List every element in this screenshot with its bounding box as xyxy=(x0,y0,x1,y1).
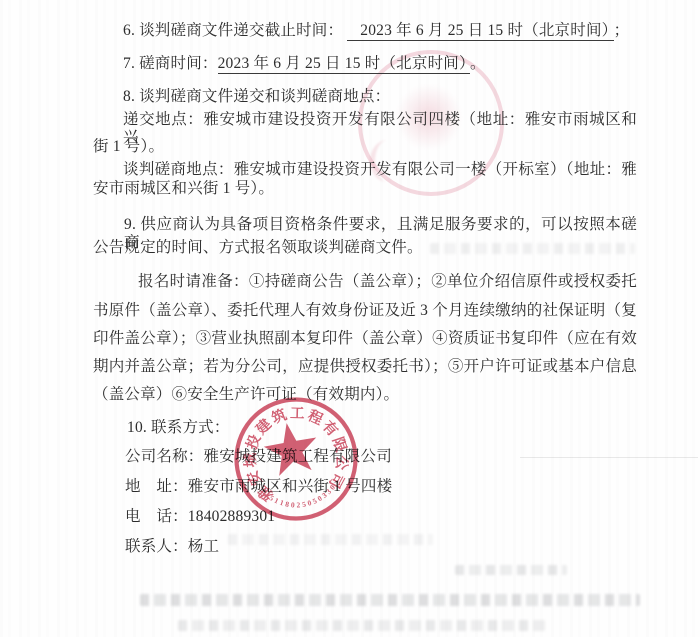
bleedthrough-artifact xyxy=(228,534,433,545)
svg-text:公: 公 xyxy=(332,455,350,471)
svg-text:城: 城 xyxy=(241,452,259,467)
svg-text:限: 限 xyxy=(329,435,351,455)
negotiation-location-line1: 谈判磋商地点：雅安城市建设投资开发有限公司一楼（开标室）（地址：雅 xyxy=(123,161,637,179)
submit-location-line2: 街 1 号）。 xyxy=(93,138,164,156)
svg-text:2: 2 xyxy=(296,500,300,509)
svg-text:工: 工 xyxy=(290,406,305,422)
deadline-date-underlined: 2023 年 6 月 25 日 15 时（北京时间） xyxy=(347,22,613,41)
supplier-clause-line2: 公告规定的时间、方式报名领取谈判磋商文件。 xyxy=(93,239,423,257)
negotiation-time-suffix: 。 xyxy=(470,55,486,72)
submit-location-line1: 递交地点：雅安城市建设投资开发有限公司四楼（地址：雅安市雨城区和兴 xyxy=(123,111,637,147)
seal-rotated-group: 雅安城投建筑工程有限公司 5118025050330 xyxy=(227,390,365,528)
negotiation-time-item: 7. 磋商时间：2023 年 6 月 25 日 15 时（北京时间）。 xyxy=(123,55,486,73)
svg-text:0: 0 xyxy=(291,500,296,509)
deadline-suffix: ； xyxy=(614,22,630,39)
negotiation-time-date-underlined: 2023 年 6 月 25 日 15 时（北京时间） xyxy=(218,55,470,74)
negotiation-time-label: 7. 磋商时间： xyxy=(123,55,218,72)
deadline-label: 6. 谈判磋商文件递交截止时间： xyxy=(123,22,347,39)
signup-requirements-line1: 报名时请准备：①持磋商公告（盖公章）；②单位介绍信原件或授权委托 xyxy=(138,273,637,291)
scanned-tender-document: 6. 谈判磋商文件递交截止时间： 2023 年 6 月 25 日 15 时（北京… xyxy=(0,0,700,637)
contact-person: 联系人：杨工 xyxy=(125,538,219,556)
deadline-item: 6. 谈判磋商文件递交截止时间： 2023 年 6 月 25 日 15 时（北京… xyxy=(123,22,629,40)
scan-line-artifact xyxy=(520,457,698,458)
negotiation-location-line2: 安市雨城区和兴街 1 号）。 xyxy=(93,180,274,198)
svg-text:安: 安 xyxy=(243,467,266,488)
contact-heading: 10. 联系方式： xyxy=(127,419,230,437)
company-seal: 雅安城投建筑工程有限公司 5118025050330 xyxy=(226,389,366,529)
signup-requirements-line4: 期内并盖公章；若为分公司，应提供授权委托书）；⑤开户许可证或基本户信息 xyxy=(93,358,637,376)
bleedthrough-artifact xyxy=(178,620,546,631)
bleedthrough-artifact xyxy=(140,594,640,606)
svg-text:筑: 筑 xyxy=(269,405,290,427)
locations-heading: 8. 谈判磋商文件递交和谈判磋商地点： xyxy=(123,88,390,106)
signup-requirements-line3: 印件盖公章）；③营业执照副本复印件（盖公章）④资质证书复印件（应在有效 xyxy=(93,330,637,348)
bleedthrough-artifact xyxy=(455,565,567,575)
svg-text:8: 8 xyxy=(285,499,291,509)
signup-requirements-line2: 书原件（盖公章）、委托代理人有效身份证及近 3 个月连续缴纳的社保证明（复 xyxy=(93,302,637,320)
